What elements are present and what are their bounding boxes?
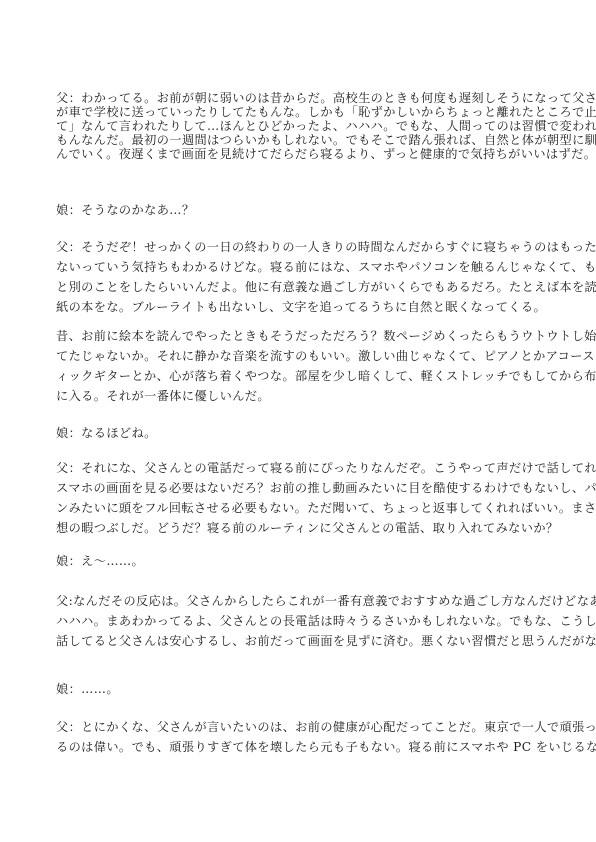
dialogue-line-father: んでいく。夜遅くまで画面を見続けてだらだら寝るより、ずっと健康的で気持ちがいいは… [56,147,546,161]
dialogue-line-father: ハハハ。まあわかってるよ、父さんとの長電話は時々うるさいかもしれないな。でもな、… [56,614,546,628]
dialogue-line-father: 父：わかってる。お前が朝に弱いのは昔からだ。高校生のときも何度も遅刻しそうになっ… [56,91,546,105]
dialogue-line-father: が車で学校に送っていったりしてたもんな。しかも「恥ずかしいからちょっと離れたとこ… [56,105,546,119]
dialogue-line-father: るのは偉い。でも、頑張りすぎて体を壊したら元も子もない。寝る前にスマホや PC … [56,740,546,754]
dialogue-line-father: に入る。それが一番体に優しいんだ。 [56,389,546,403]
dialogue-line-father: てたじゃないか。それに静かな音楽を流すのもいい。激しい曲じゃなくて、ピアノとかア… [56,349,546,363]
dialogue-line-father: 父：そうだぞ！せっかくの一日の終わりの一人きりの時間なんだからすぐに寝ちゃうのは… [56,240,546,254]
dialogue-line-father: 想の暇つぶしだ。どうだ？寝る前のルーティンに父さんとの電話、取り入れてみないか？ [56,521,546,535]
dialogue-line-father: 紙の本をな。ブルーライトも出ないし、文字を追ってるうちに自然と眠くなってくる。 [56,300,546,314]
dialogue-line-daughter: 娘：え〜……。 [56,554,546,568]
dialogue-line-father: と別のことをしたらいいんだよ。他に有意義な過ごし方がいくらでもあるだろ。たとえば… [56,280,546,294]
dialogue-line-daughter: 娘：そうなのかなあ…？ [56,203,546,217]
dialogue-line-father: 昔、お前に絵本を読んでやったときもそうだっただろう？数ページめくったらもうウトウ… [56,329,546,343]
dialogue-line-daughter: 娘：……。 [56,682,546,696]
dialogue-line-father: て」なんて言われたりして…ほんとひどかったよ、ハハハ。でもな、人間ってのは習慣で… [56,119,546,133]
dialogue-line-father: ィックギターとか、心が落ち着くやつな。部屋を少し暗くして、軽くストレッチでもして… [56,369,546,383]
dialogue-line-father: スマホの画面を見る必要はないだろ？お前の推し動画みたいに目を酷使するわけでもない… [56,481,546,495]
dialogue-line-father: 父：それにな、父さんとの電話だって寝る前にぴったりなんだぞ。こうやって声だけで話… [56,461,546,475]
dialogue-line-father: もんなんだ。最初の一週間はつらいかもしれない。でもそこで踏ん張れば、自然と体が朝… [56,133,546,147]
dialogue-line-father: 父:なんだその反応は。父さんからしたらこれが一番有意義でおすすめな過ごし方なんだ… [56,594,546,608]
dialogue-line-father: ンみたいに頭をフル回転させる必要もない。ただ聞いて、ちょっと返事してくれればいい… [56,501,546,515]
dialogue-line-father: 父：とにかくな、父さんが言いたいのは、お前の健康が心配だってことだ。東京で一人で… [56,720,546,734]
dialogue-line-daughter: 娘：なるほどね。 [56,426,546,440]
dialogue-line-father: 話してると父さんは安心するし、お前だって画面を見ずに済む。悪くない習慣だと思うん… [56,634,546,648]
document-page: 父：わかってる。お前が朝に弱いのは昔からだ。高校生のときも何度も遅刻しそうになっ… [0,0,596,842]
dialogue-line-father: ないっていう気持ちもわかるけどな。寝る前にはな、スマホやパソコンを触るんじゃなく… [56,260,546,274]
